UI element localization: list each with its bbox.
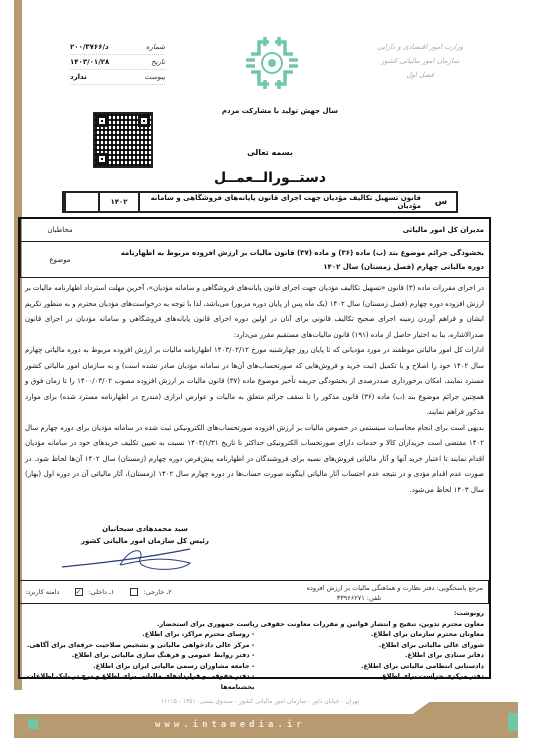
meta-label: پیوست <box>145 70 165 85</box>
signature-block: سید محمدهادی سبحانیان رئیس کل سازمان امو… <box>70 523 220 547</box>
scope-external: ۲ـ خارجی: <box>130 588 171 596</box>
bismillah: بسمه تعالی <box>220 148 320 157</box>
subject-row: موضوع بخشودگی جرائم موضوع بند (ب) ماده (… <box>20 242 489 278</box>
subject-value: بخشودگی جرائم موضوع بند (ب) ماده (۳۶) و … <box>99 242 489 277</box>
cc-recipient: معاونان محترم سازمان برای اطلاع. <box>255 629 485 640</box>
reference-phone: تلفن: ۳۳۹۶۶۲۷۱ <box>235 593 483 603</box>
cc-recipient-grid: معاونان محترم سازمان برای اطلاع. - روسای… <box>25 629 484 692</box>
external-checkbox[interactable] <box>130 588 138 596</box>
cc-recipient: معاون محترم تدوین، تنقیح و انتشار قوانین… <box>25 619 484 630</box>
document-page: وزارت امور اقتصادی و دارایی سازمان امور … <box>0 0 540 746</box>
ministry-line: وزارت امور اقتصادی و دارایی <box>360 40 480 54</box>
qr-code-icon <box>93 112 153 168</box>
meta-date-row: تاریخ ۱۴۰۳/۰۱/۲۸ <box>70 55 165 70</box>
internal-label: ۱ـ داخلی: <box>88 588 114 596</box>
accent-square-icon <box>28 719 38 729</box>
cc-recipient: - جامعه مشاوران رسمی مالیاتی ایران برای … <box>25 661 255 672</box>
letter-date: ۱۴۰۳/۰۱/۲۸ <box>70 55 109 70</box>
cc-heading: رونوشت: <box>25 608 484 619</box>
cc-recipient: دفتر مرکزی حراست برای اطلاع. <box>255 671 485 692</box>
postal-address: تهران - خیابان داور - سازمان امور مالیات… <box>80 698 440 705</box>
signatory-name: سید محمدهادی سبحانیان <box>70 523 220 535</box>
meta-label: شماره <box>146 40 165 55</box>
qr-corner <box>138 115 150 127</box>
body-paragraph: بدیهی است برای انجام محاسبات سیستمی در خ… <box>25 421 484 499</box>
year-motto: سال جهش تولید با مشارکت مردم <box>210 107 350 115</box>
addressee-row: مخاطبان مدیران کل امور مالیاتی <box>20 219 489 242</box>
scope-internal: ۱ـ داخلی: ✓ <box>75 588 114 596</box>
usage-scope-row: دامنه کاربرد: ۱ـ داخلی: ✓ ۲ـ خارجی: مرجع… <box>20 580 489 604</box>
ministry-line: سازمان امور مالیاتی کشور <box>360 54 480 68</box>
cc-recipient: شورای عالی مالیاتی برای اطلاع. <box>255 640 485 651</box>
title-table-year: ۱۴۰۲ <box>98 193 138 211</box>
title-table-code: س <box>426 193 456 211</box>
qr-corner <box>96 153 108 165</box>
title-table-empty-cell <box>64 193 98 211</box>
reference-text: مرجع پاسخگویی: دفتر نظارت و هماهنگی مالی… <box>235 583 483 593</box>
addressee-value: مدیران کل امور مالیاتی <box>99 219 489 241</box>
scope-label: دامنه کاربرد: <box>25 588 59 596</box>
cc-recipient: - مرکز عالی دادخواهی مالیاتی و تشخیص صلا… <box>25 640 255 651</box>
cc-recipient: - دفتر روابط عمومی و فرهنگ سازی مالیاتی … <box>25 650 255 661</box>
accent-square-icon <box>508 713 518 731</box>
response-reference: مرجع پاسخگویی: دفتر نظارت و هماهنگی مالی… <box>230 581 489 603</box>
cc-recipient: - روسای محترم مراکز، برای اطلاع. <box>25 629 255 640</box>
letter-number: ۲۰۰/۳۷۶۶/د <box>70 40 109 55</box>
meta-number-row: شماره ۲۰۰/۳۷۶۶/د <box>70 40 165 55</box>
document-title: دستــورالــعمــل <box>200 170 340 186</box>
cc-recipient: دادستانی انتظامی مالیاتی برای اطلاع. <box>255 661 485 672</box>
meta-attachment-row: پیوست ندارد <box>70 70 165 85</box>
internal-checkbox[interactable]: ✓ <box>75 588 83 596</box>
body-paragraph: ادارات کل امور مالیاتی موظفند در مورد مؤ… <box>25 343 484 421</box>
body-text: در اجرای مقررات ماده (۳) قانون «تسهیل تک… <box>20 278 489 498</box>
cc-recipient: - دفتر حقوقی و قراردادهای مالیاتی برای ا… <box>25 671 255 692</box>
letter-meta: شماره ۲۰۰/۳۷۶۶/د تاریخ ۱۴۰۳/۰۱/۲۸ پیوست … <box>70 40 165 85</box>
cc-recipient: دفاتر ستادی برای اطلاع. <box>255 650 485 661</box>
ministry-header: وزارت امور اقتصادی و دارایی سازمان امور … <box>360 40 480 82</box>
body-paragraph: در اجرای مقررات ماده (۳) قانون «تسهیل تک… <box>25 281 484 343</box>
carbon-copy-section: رونوشت: معاون محترم تدوین، تنقیح و انتشا… <box>20 606 489 694</box>
qr-corner <box>96 115 108 127</box>
addressee-label: مخاطبان <box>20 219 99 241</box>
usage-scope: دامنه کاربرد: ۱ـ داخلی: ✓ ۲ـ خارجی: <box>20 581 230 603</box>
handwritten-signature-icon <box>60 545 210 573</box>
subject-label: موضوع <box>20 242 99 277</box>
title-table: ۱۴۰۲ قانون تسهیل تکالیف مؤدیان جهت اجرای… <box>62 191 458 213</box>
meta-label: تاریخ <box>151 55 165 70</box>
main-frame: مخاطبان مدیران کل امور مالیاتی موضوع بخش… <box>18 217 491 679</box>
external-label: ۲ـ خارجی: <box>144 588 172 596</box>
ministry-line: فصل اول <box>360 68 480 82</box>
letter-attachment: ندارد <box>70 70 87 85</box>
website-link[interactable]: www.intamedia.ir <box>155 720 306 730</box>
title-table-subject: قانون تسهیل تکالیف مؤدیان جهت اجرای قانو… <box>138 193 426 211</box>
intamedia-logo-icon <box>243 34 301 92</box>
